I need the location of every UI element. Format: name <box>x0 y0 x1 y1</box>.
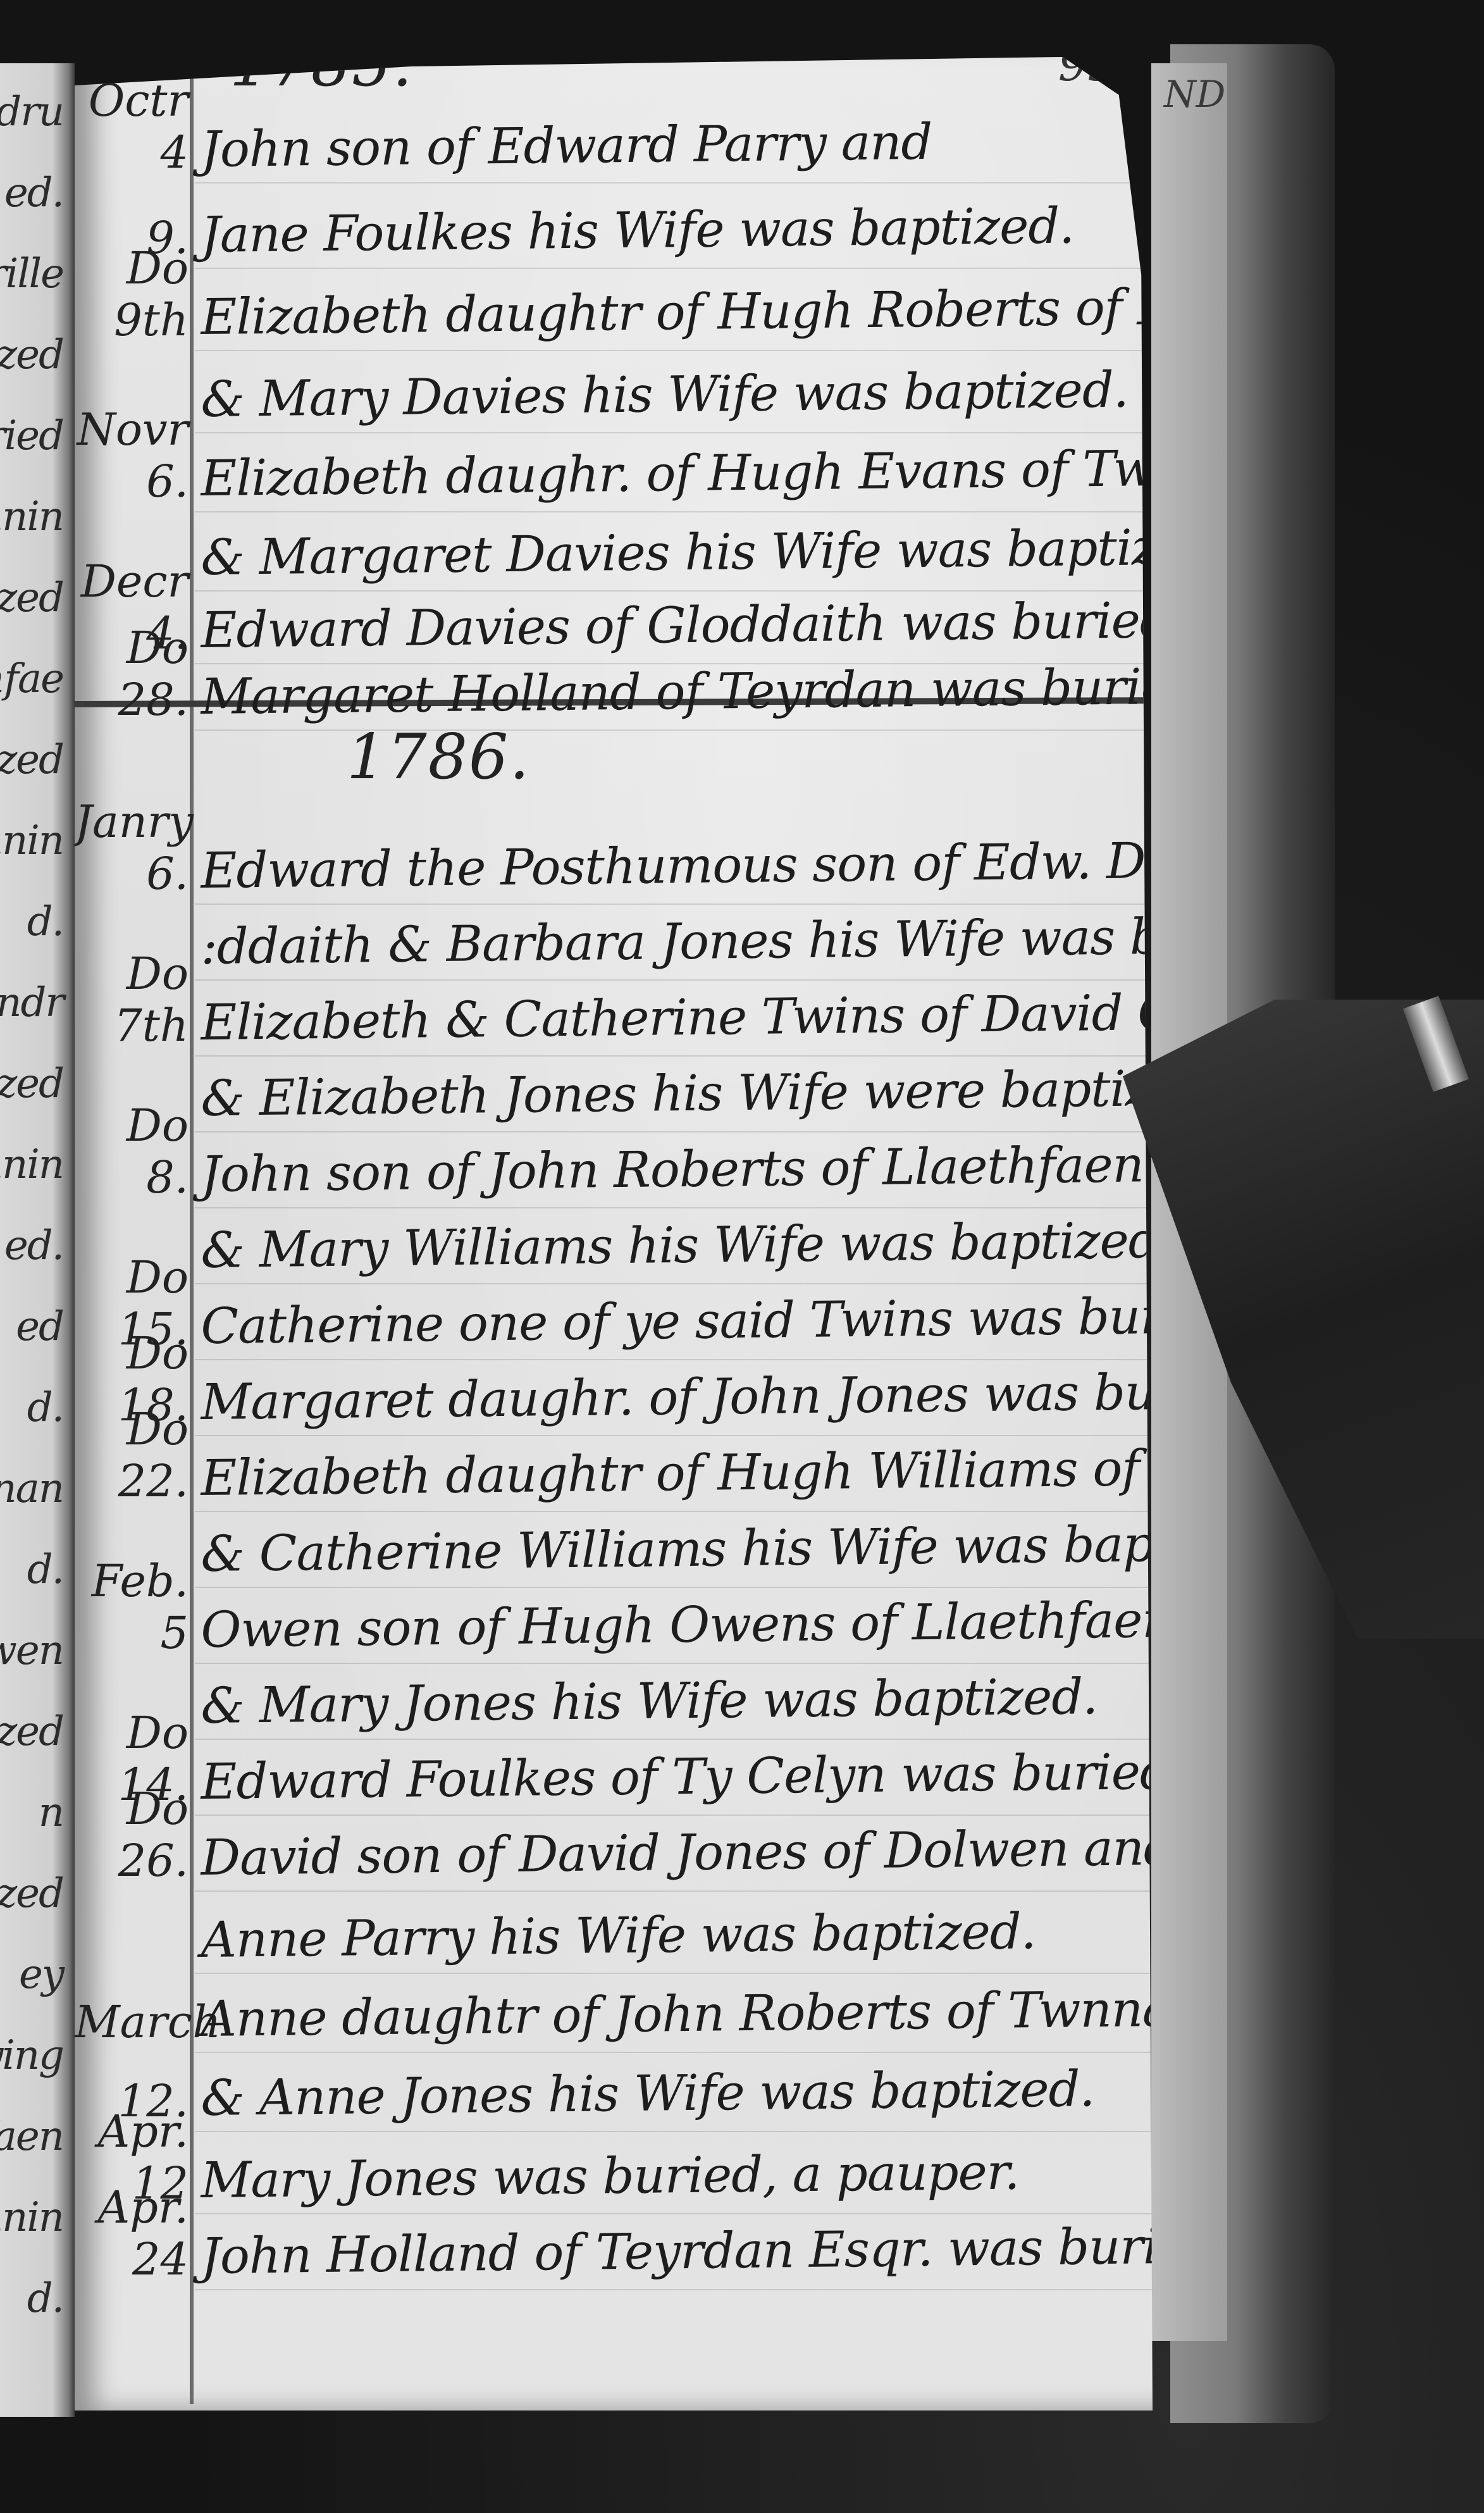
entry-date: Do 22. <box>75 1403 189 1507</box>
register-entry-line: 12.& Anne Jones his Wife was baptized. <box>75 2056 1188 2132</box>
left-page-text-fragment: uried <box>0 413 63 459</box>
left-page-text-fragment: ed. <box>4 1222 63 1269</box>
register-entry-line: Do 7thElizabeth & Catherine Twins of Dav… <box>75 981 1188 1057</box>
entry-text: :ddaith & Barbara Jones his Wife was bap… <box>201 909 1175 976</box>
left-page-text-fragment: ennin <box>0 493 63 540</box>
entry-text: & Mary Jones his Wife was baptized. <box>201 1668 1175 1735</box>
register-entry-line: & Elizabeth Jones his Wife were baptized… <box>75 1057 1188 1132</box>
entry-text: Edward the Posthumous son of Edw. Davies… <box>201 833 1175 900</box>
left-page-text-fragment: rille <box>0 251 63 297</box>
entry-date: Feb. 5 <box>75 1555 189 1659</box>
entry-text: John Holland of Teyrdan Esqr. was buried… <box>201 2218 1175 2285</box>
left-page-text-fragment: ennin <box>0 2194 63 2241</box>
register-entry-line: & Margaret Davies his Wife was baptized. <box>75 516 1188 592</box>
ruled-line <box>195 350 1182 351</box>
entry-text: Elizabeth & Catherine Twins of David Owe… <box>201 984 1175 1052</box>
entry-text: & Anne Jones his Wife was baptized. <box>201 2060 1175 2127</box>
entry-date: Do 26. <box>75 1783 189 1887</box>
left-page-text-fragment: d. <box>27 1384 63 1431</box>
entry-text: Margaret Holland of Teyrdan was buried. <box>201 659 1175 726</box>
left-page-text-fragment: ey <box>19 1951 63 1998</box>
ruled-line <box>195 511 1182 512</box>
left-page-text-fragment: ying <box>0 2032 63 2079</box>
ruled-line <box>195 729 1182 731</box>
entry-text: Catherine one of ye said Twins was burie… <box>201 1288 1175 1355</box>
register-entry-line: & Mary Williams his Wife was baptized. <box>75 1208 1188 1284</box>
ruled-line <box>195 2131 1182 2132</box>
register-entry-line: Decr 4.Edward Davies of Gloddaith was bu… <box>75 588 1188 664</box>
entry-text: Elizabeth daughtr of Hugh Roberts of Bod… <box>201 279 1175 346</box>
left-facing-page: adrued.rilletizeduriedenninaptizedothfae… <box>0 63 75 2417</box>
entry-date: Novr 6. <box>75 404 189 507</box>
left-page-text-fragment: d. <box>27 1546 63 1593</box>
register-entry-line: Do 22.Elizabeth daughtr of Hugh Williams… <box>75 1436 1188 1512</box>
entry-text: Edward Davies of Gloddaith was buried. <box>201 592 1175 659</box>
left-page-text-fragment: faen <box>0 2113 63 2160</box>
year-heading-1786: 1786. <box>347 721 531 793</box>
register-entry-line: :ddaith & Barbara Jones his Wife was bap… <box>75 905 1188 981</box>
register-entry-line: 9.Jane Foulkes his Wife was baptized. <box>75 193 1188 269</box>
ruled-line <box>195 1890 1182 1892</box>
entry-date: Do 7th <box>75 948 189 1052</box>
left-page-text-fragment: tized <box>0 332 63 378</box>
register-entry-line: & Mary Jones his Wife was baptized. <box>75 1664 1188 1740</box>
entry-text: David son of David Jones of Dolwen and <box>201 1820 1175 1887</box>
ruled-line <box>195 268 1182 269</box>
ruled-line <box>195 2289 1182 2290</box>
entry-text: Mary Jones was buried, a pauper. <box>201 2142 1175 2209</box>
underpage-label: ND <box>1164 73 1225 116</box>
left-page-text-fragment: ptized <box>0 1870 63 1917</box>
register-entry-line: Do 26.David son of David Jones of Dolwen… <box>75 1816 1188 1892</box>
entry-text: Elizabeth daughtr of Hugh Williams of Gl… <box>201 1440 1175 1507</box>
register-entry-line: Do 18.Margaret daughr. of John Jones was… <box>75 1360 1188 1436</box>
entry-text: Edward Foulkes of Ty Celyn was buried. <box>201 1744 1175 1811</box>
entry-text: Elizabeth daughr. of Hugh Evans of Twnna… <box>201 440 1175 507</box>
entry-text: Anne daughtr of John Roberts of Twnnan <box>201 1981 1175 2048</box>
register-entry-line: Octr 4John son of Edward Parry and <box>75 108 1188 183</box>
entry-text: John son of John Roberts of Llaethfaen <box>201 1136 1175 1203</box>
left-page-text-fragment: aptized <box>0 574 63 621</box>
left-page-text-fragment: ennin <box>0 817 63 864</box>
entry-text: Owen son of Hugh Owens of Llaethfaen <box>201 1592 1175 1659</box>
entry-date: Apr. 24 <box>75 2181 189 2285</box>
left-page-text-fragment: wen <box>0 1627 63 1674</box>
register-entry-line: Do 15.Catherine one of ye said Twins was… <box>75 1284 1188 1360</box>
register-entry-line: Apr. 12Mary Jones was buried, a pauper. <box>75 2138 1188 2214</box>
entry-text: Margaret daughr. of John Jones was burie… <box>201 1364 1175 1431</box>
left-page-text-fragment: nnin <box>0 1141 63 1188</box>
left-page-text-fragment: adru <box>0 89 63 135</box>
entry-date: Janry 6. <box>75 796 189 900</box>
register-entry-line: Feb. 5Owen son of Hugh Owens of Llaethfa… <box>75 1588 1188 1664</box>
ruled-line <box>195 2052 1182 2053</box>
register-entry-line: Do 8.John son of John Roberts of Llaethf… <box>75 1132 1188 1208</box>
left-page-text-fragment: d. <box>27 898 63 945</box>
left-page-text-fragment: ed. <box>4 170 63 216</box>
register-entry-line: MarchAnne daughtr of John Roberts of Twn… <box>75 1977 1188 2053</box>
register-entry-line: Novr 6.Elizabeth daughr. of Hugh Evans o… <box>75 437 1188 512</box>
left-page-text-fragment: andr <box>0 979 63 1026</box>
entry-date: Do 8. <box>75 1100 189 1203</box>
entry-date: Do 28. <box>75 622 189 726</box>
register-entry-line: Do 28.Margaret Holland of Teyrdan was bu… <box>75 655 1188 731</box>
left-page-text-fragment: othfae <box>0 655 63 702</box>
register-entry-line: Apr. 24John Holland of Teyrdan Esqr. was… <box>75 2214 1188 2290</box>
entry-text: & Elizabeth Jones his Wife were baptized… <box>201 1060 1175 1127</box>
entry-text: & Margaret Davies his Wife was baptized. <box>201 519 1175 586</box>
ruled-line <box>195 1973 1182 1974</box>
left-page-text-fragment: tized <box>0 1060 63 1107</box>
entry-text: John son of Edward Parry and <box>201 111 1175 178</box>
register-entry-line: Anne Parry his Wife was baptized. <box>75 1898 1188 1974</box>
register-entry-line: & Mary Davies his Wife was baptized. <box>75 357 1188 433</box>
register-entry-line: Do 9thElizabeth daughtr of Hugh Roberts … <box>75 275 1188 351</box>
ruled-line <box>195 182 1182 183</box>
left-page-text-fragment: ized <box>0 1708 63 1755</box>
register-entry-line: Do 14.Edward Foulkes of Ty Celyn was bur… <box>75 1740 1188 1816</box>
entry-date: March <box>75 1996 189 2048</box>
entry-text: & Mary Williams his Wife was baptized. <box>201 1212 1175 1279</box>
entry-text: & Mary Davies his Wife was baptized. <box>201 361 1175 428</box>
left-page-text-fragment: rnan <box>0 1465 63 1512</box>
left-page-text-fragment: d. <box>27 2275 63 2322</box>
entry-text: Anne Parry his Wife was baptized. <box>201 1902 1175 1969</box>
entry-text: & Catherine Williams his Wife was baptiz… <box>201 1516 1175 1583</box>
entry-date: Do 9th <box>75 242 189 346</box>
entry-date: Octr 4 <box>75 75 189 178</box>
left-page-text-fragment: tized <box>0 736 63 783</box>
register-entry-line: & Catherine Williams his Wife was baptiz… <box>75 1512 1188 1588</box>
ruled-line <box>195 432 1182 433</box>
left-page-text-fragment: n <box>39 1789 63 1836</box>
register-entry-line: Janry 6.Edward the Posthumous son of Edw… <box>75 829 1188 905</box>
register-page: 99 1785. 1786. Octr 4John son of Edward … <box>75 38 1197 2411</box>
left-page-text-fragment: ed <box>16 1303 63 1350</box>
entry-text: Jane Foulkes his Wife was baptized. <box>201 197 1175 264</box>
